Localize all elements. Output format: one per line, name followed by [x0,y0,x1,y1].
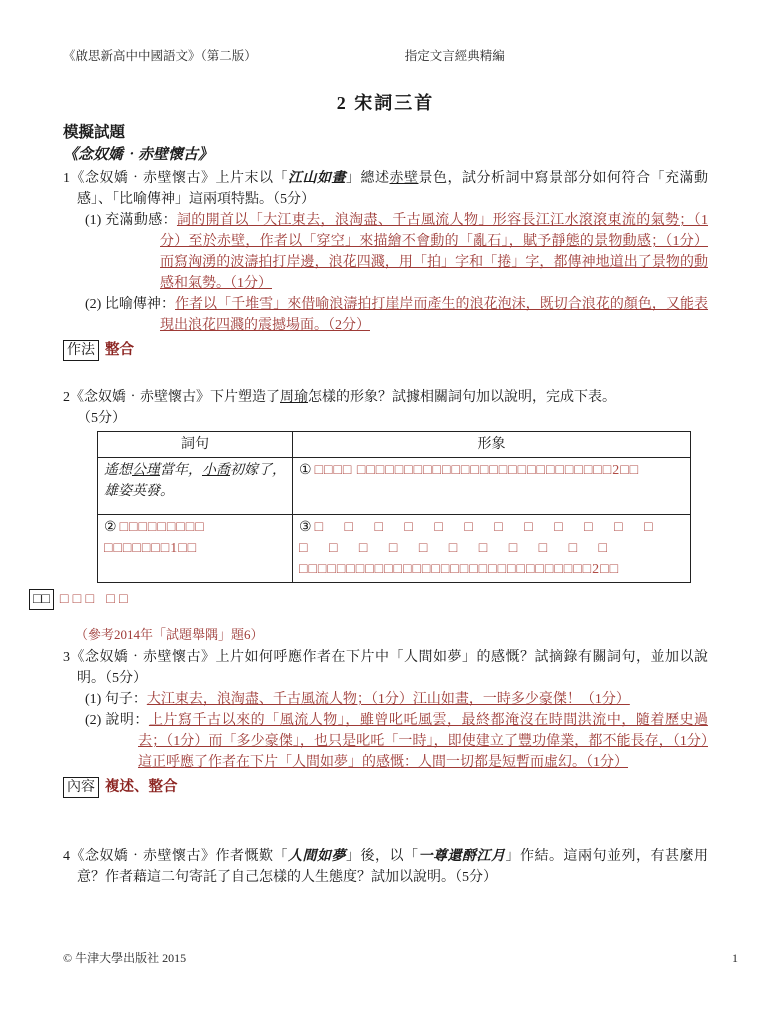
page-footer: © 牛津大學出版社 2015 1 [63,948,738,969]
q4-quote-2: 一尊還酹江月 [419,849,506,864]
question-4-stem: 4《念奴嬌‧赤壁懷古》作者慨歎「人間如夢」後，以「一尊還酹江月」作結。這兩句並列… [63,846,708,888]
q1-item1-answer: 詞的開首以「大江東去，浪淘盡、千古風流人物」形容長江江水滾滾東流的氣勢；（1分）… [160,213,708,291]
question-1-stem: 1《念奴嬌‧赤壁懷古》上片末以「江山如畫」總述赤壁景色，試分析詞中寫景部分如何符… [63,168,708,210]
q1-item2-answer: 作者以「千堆雪」來借喻浪濤拍打崖岸而產生的浪花泡沫，既切合浪花的顏色，又能表現出… [160,297,708,333]
answer-table: 詞句 形象 遙想公瑾當年，小喬初嫁了，雄姿英發。 ①□□□□ □□□□□□□□□… [97,431,691,583]
header-book-title: 《啟思新高中中國語文》（第二版） [63,46,257,67]
q1-stem-text-1: 1《念奴嬌‧赤壁懷古》上片末以「 [63,171,288,186]
table-cell-phrase-1: 遙想公瑾當年，小喬初嫁了，雄姿英發。 [98,458,293,515]
document-page: 《啟思新高中中國語文》（第二版） 指定文言經典精編 2 宋詞三首 模擬試題 《念… [0,0,768,1024]
missing-glyph-answer-3-l1: □ □ □ □ □ □ □ □ □ □ □ □ □ □ □ □ □ □ □ □ … [299,520,662,556]
reference-note: （參考2014年「試題舉隅」題6） [75,624,708,645]
r1-phrase-seg: 遙想 [104,463,132,478]
circled-number-1: ① [299,463,312,478]
q4-stem-text-2: 」後，以「 [346,849,419,864]
q1-item1-label: (1) 充滿動感： [85,213,177,228]
circled-number-3: ③ [299,520,312,535]
q3-type-value: 複述、整合 [105,777,178,798]
q2-stem-text-2: 怎樣的形象？試據相關詞句加以說明，完成下表。 [308,390,616,405]
page-number: 1 [732,948,738,969]
q2-stem-text-1: 2《念奴嬌‧赤壁懷古》下片塑造了 [63,390,280,405]
question-2-stem: 2《念奴嬌‧赤壁懷古》下片塑造了周瑜怎樣的形象？試據相關詞句加以說明，完成下表。… [63,387,708,429]
table-cell-image-1: ①□□□□ □□□□□□□□□□□□□□□□□□□□□□□□□□□2□□ [293,458,691,515]
r1-phrase-proper-1: 公瑾 [132,463,160,478]
question-3-item-1: (1) 句子：大江東去，浪淘盡、千古風流人物；（1分）江山如畫，一時多少豪傑！（… [63,689,708,710]
q3-item2-answer: 上片寫千古以來的「風流人物」，雖曾叱吒風雲，最終都淹沒在時間洪流中，隨着歷史過去… [138,713,708,770]
q4-stem-text-1: 4《念奴嬌‧赤壁懷古》作者慨歎「 [63,849,288,864]
question-3-item-2: (2) 說明：上片寫千古以來的「風流人物」，雖曾叱吒風雲，最終都淹沒在時間洪流中… [63,710,708,773]
q1-type-label-box: 作法 [63,340,99,361]
missing-glyph-answer-3-l2: □□□□□□□□□□□□□□□□□□□□□□□□□□□□□□□2□□ [299,562,619,577]
table-header-row: 詞句 形象 [98,432,691,458]
q2-proper-noun: 周瑜 [280,390,308,405]
q2-type-value: □□□ □□ [60,589,132,610]
table-cell-phrase-2: ②□□□□□□□□□□□□□□□□1□□ [98,515,293,583]
table-header-image: 形象 [293,432,691,458]
copyright-notice: © 牛津大學出版社 2015 [63,948,186,969]
q3-type-label-box: 內容 [63,777,99,798]
question-3-stem: 3《念奴嬌‧赤壁懷古》上片如何呼應作者在下片中「人間如夢」的感慨？試摘錄有關詞句… [63,647,708,689]
table-cell-image-2: ③□ □ □ □ □ □ □ □ □ □ □ □ □ □ □ □ □ □ □ □… [293,515,691,583]
question-1-type-row: 作法 整合 [63,340,708,361]
table-row: ②□□□□□□□□□□□□□□□□1□□ ③□ □ □ □ □ □ □ □ □ … [98,515,691,583]
missing-glyph-phrase-l1: □□□□□□□□□ [120,520,205,535]
q1-proper-noun: 赤壁 [390,171,419,186]
q2-type-label-box: □□ [29,589,54,610]
question-1-item-1: (1) 充滿動感：詞的開首以「大江東去，浪淘盡、千古風流人物」形容長江江水滾滾東… [63,210,708,294]
spacer [63,798,708,844]
missing-glyph-phrase-l2: □□□□□□□1□□ [104,541,197,556]
r1-phrase-proper-2: 小喬 [202,463,230,478]
q4-quote-1: 人間如夢 [288,849,346,864]
page-title: 2 宋詞三首 [63,93,708,114]
q1-stem-text-2: 」總述 [346,171,390,186]
q1-item2-label: (2) 比喻傳神： [85,297,175,312]
poem-heading: 《念奴嬌‧赤壁懷古》 [63,145,708,166]
q3-item1-label: (1) 句子： [85,692,147,707]
table-header-phrase: 詞句 [98,432,293,458]
question-1-item-2: (2) 比喻傳神：作者以「千堆雪」來借喻浪濤拍打崖岸而產生的浪花泡沫，既切合浪花… [63,294,708,336]
circled-number-2: ② [104,520,117,535]
q2-marks: （5分） [77,411,126,426]
question-2-type-row: □□ □□□ □□ [29,589,708,610]
r1-phrase-seg: 當年， [160,463,202,478]
running-header: 《啟思新高中中國語文》（第二版） 指定文言經典精編 [63,46,708,67]
q1-stem-quote: 江山如畫 [288,171,346,186]
q3-item2-label: (2) 說明： [85,713,149,728]
page-content: 《啟思新高中中國語文》（第二版） 指定文言經典精編 2 宋詞三首 模擬試題 《念… [63,46,708,888]
section-heading: 模擬試題 [63,122,708,143]
header-series-title: 指定文言經典精編 [405,46,505,67]
spacer [63,361,708,385]
table-row: 遙想公瑾當年，小喬初嫁了，雄姿英發。 ①□□□□ □□□□□□□□□□□□□□□… [98,458,691,515]
q1-type-value: 整合 [105,340,134,361]
q3-item1-answer: 大江東去，浪淘盡、千古風流人物；（1分）江山如畫，一時多少豪傑！（1分） [147,692,630,707]
missing-glyph-answer-1: □□□□ □□□□□□□□□□□□□□□□□□□□□□□□□□□2□□ [315,463,640,478]
question-3-type-row: 內容 複述、整合 [63,777,708,798]
